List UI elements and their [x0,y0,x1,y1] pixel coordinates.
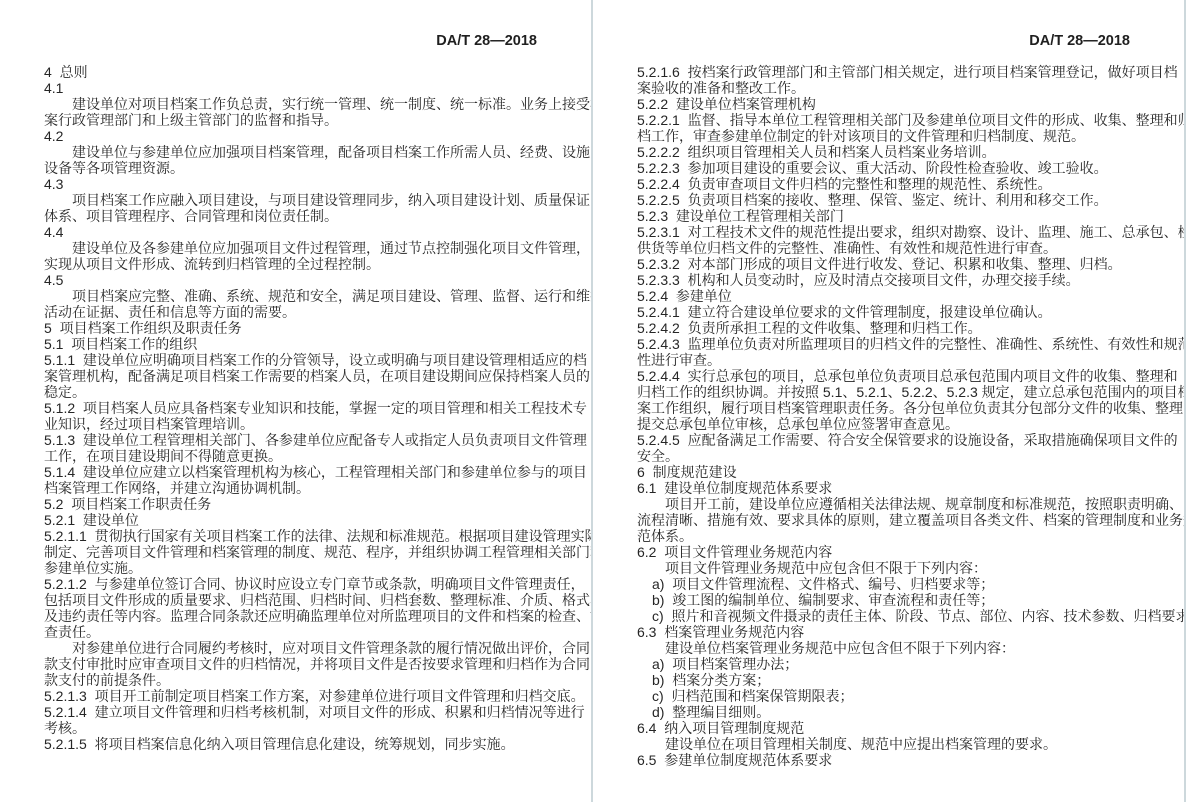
text-line: 5.2.2.4 负责审查项目文件归档的完整性和整理的规范性、系统性。 [637,176,1130,192]
text-line: 5.2.2.1 监督、指导本单位工程管理相关部门及参建单位项目文件的形成、收集、… [637,112,1130,128]
text-line: 档工作，审查参建单位制定的针对该项目的文件管理和归档制度、规范。 [637,128,1130,144]
text-line: 5.2.2.2 组织项目管理相关人员和档案人员档案业务培训。 [637,144,1130,160]
text-line: 5.2.4.4 实行总承包的项目，总承包单位负责项目总承包范围内项目文件的收集、… [637,368,1130,384]
text-line: 包括项目文件形成的质量要求、归档范围、归档时间、归档套数、整理标准、介质、格式、… [44,592,537,608]
text-line: 范体系。 [637,528,1130,544]
text-line: 提交总承包单位审核，总承包单位应签署审查意见。 [637,416,1130,432]
text-line: 5.2.1.1 贯彻执行国家有关项目档案工作的法律、法规和标准规范。根据项目建设… [44,528,537,544]
text-line: 5.2.1.6 按档案行政管理部门和主管部门相关规定，进行项目档案管理登记，做好… [637,64,1130,80]
text-line: 安全。 [637,448,1130,464]
text-line: 5.2.2 建设单位档案管理机构 [637,96,1130,112]
text-line: 参建单位实施。 [44,560,537,576]
text-line: 5.2.3.1 对工程技术文件的规范性提出要求，组织对勘察、设计、监理、施工、总… [637,224,1130,240]
page-header-standard-code: DA/T 28—2018 [637,33,1130,49]
text-line: 考核。 [44,720,537,736]
text-line: 5.2.4.5 应配备满足工作需要、符合安全保管要求的设施设备，采取措施确保项目… [637,432,1130,448]
text-line: 供货等单位归档文件的完整性、准确性、有效性和规范性进行审查。 [637,240,1130,256]
text-line: 6.4 纳入项目管理制度规范 [637,720,1130,736]
text-line: 建设单位档案管理业务规范中应包含但不限于下列内容： [637,640,1130,656]
text-line: 项目档案工作应融入项目建设，与项目建设管理同步，纳入项目建设计划、质量保证 [44,192,537,208]
text-line: 5.2.1.5 将项目档案信息化纳入项目管理信息化建设，统筹规划，同步实施。 [44,736,537,752]
text-line: a) 项目文件管理流程、文件格式、编号、归档要求等； [637,576,1130,592]
text-line: 案工作组织，履行项目档案管理职责任务。各分包单位负责其分包部分文件的收集、整理， [637,400,1130,416]
text-line: 6.3 档案管理业务规范内容 [637,624,1130,640]
text-line: 建设单位与参建单位应加强项目档案管理，配备项目档案工作所需人员、经费、设施 [44,144,537,160]
text-line: 案验收的准备和整改工作。 [637,80,1130,96]
text-line: 5.2.3 建设单位工程管理相关部门 [637,208,1130,224]
text-line: 5 项目档案工作组织及职责任务 [44,320,537,336]
text-line: 体系、项目管理程序、合同管理和岗位责任制。 [44,208,537,224]
text-line: 5.1.2 项目档案人员应具备档案专业知识和技能，掌握一定的项目管理和相关工程技… [44,400,537,416]
text-line: 5.1.4 建设单位应建立以档案管理机构为核心，工程管理相关部门和参建单位参与的… [44,464,537,480]
text-line: 6.5 参建单位制度规范体系要求 [637,752,1130,768]
text-line: 工作，在项目建设期间不得随意更换。 [44,448,537,464]
text-line: 制定、完善项目文件管理和档案管理的制度、规范、程序，并组织协调工程管理相关部门和 [44,544,537,560]
text-line: 5.2.3.2 对本部门形成的项目文件进行收发、登记、积累和收集、整理、归档。 [637,256,1130,272]
text-line: d) 整理编目细则。 [637,704,1130,720]
text-line: 5.2.1.3 项目开工前制定项目档案工作方案，对参建单位进行项目文件管理和归档… [44,688,537,704]
text-line: 5.2.3.3 机构和人员变动时，应及时清点交接项目文件，办理交接手续。 [637,272,1130,288]
text-line: 5.2.2.5 负责项目档案的接收、整理、保管、鉴定、统计、利用和移交工作。 [637,192,1130,208]
page-left: DA/T 28—2018 4 总则4.1建设单位对项目档案工作负总责，实行统一管… [0,0,593,802]
text-line: 对参建单位进行合同履约考核时，应对项目文件管理条款的履行情况做出评价，合同 [44,640,537,656]
text-line: 5.1.3 建设单位工程管理相关部门、各参建单位应配备专人或指定人员负责项目文件… [44,432,537,448]
text-line: 5.2.1.2 与参建单位签订合同、协议时应设立专门章节或条款，明确项目文件管理… [44,576,537,592]
text-line: c) 照片和音视频文件摄录的责任主体、阶段、节点、部位、内容、技术参数、归档要求… [637,608,1130,624]
text-line: 款支付的前提条件。 [44,672,537,688]
text-line: 5.2.4.2 负责所承担工程的文件收集、整理和归档工作。 [637,320,1130,336]
text-line: 案行政管理部门和上级主管部门的监督和指导。 [44,112,537,128]
text-line: 案管理机构，配备满足项目档案工作需要的档案人员，在项目建设期间应保持档案人员的 [44,368,537,384]
text-line: 5.2.4 参建单位 [637,288,1130,304]
text-line: 4 总则 [44,64,537,80]
page-body: 4 总则4.1建设单位对项目档案工作负总责，实行统一管理、统一制度、统一标准。业… [44,64,537,752]
text-line: 5.1.1 建设单位应明确项目档案工作的分管领导，设立或明确与项目建设管理相适应… [44,352,537,368]
text-line: 5.2.4.1 建立符合建设单位要求的文件管理制度，报建设单位确认。 [637,304,1130,320]
text-line: 5.1 项目档案工作的组织 [44,336,537,352]
text-line: 6.1 建设单位制度规范体系要求 [637,480,1130,496]
text-line: 建设单位在项目管理相关制度、规范中应提出档案管理的要求。 [637,736,1130,752]
text-line: 4.2 [44,128,537,144]
text-line: 6.2 项目文件管理业务规范内容 [637,544,1130,560]
text-line: 设备等各项管理资源。 [44,160,537,176]
text-line: 性进行审查。 [637,352,1130,368]
text-line: 项目文件管理业务规范中应包含但不限于下列内容： [637,560,1130,576]
text-line: c) 归档范围和档案保管期限表； [637,688,1130,704]
text-line: 4.3 [44,176,537,192]
page-right: DA/T 28—2018 5.2.1.6 按档案行政管理部门和主管部门相关规定，… [593,0,1186,802]
text-line: 及违约责任等内容。监理合同条款还应明确监理单位对所监理项目的文件和档案的检查、审 [44,608,537,624]
text-line: 4.1 [44,80,537,96]
text-line: 流程清晰、措施有效、要求具体的原则，建立覆盖项目各类文件、档案的管理制度和业务规 [637,512,1130,528]
text-line: 实现从项目文件形成、流转到归档管理的全过程控制。 [44,256,537,272]
text-line: 5.2.1.4 建立项目文件管理和归档考核机制，对项目文件的形成、积累和归档情况… [44,704,537,720]
text-line: 活动在证据、责任和信息等方面的需要。 [44,304,537,320]
text-line: 5.2 项目档案工作职责任务 [44,496,537,512]
text-line: 稳定。 [44,384,537,400]
text-line: 档案管理工作网络，并建立沟通协调机制。 [44,480,537,496]
text-line: a) 项目档案管理办法； [637,656,1130,672]
text-line: 6 制度规范建设 [637,464,1130,480]
text-line: b) 竣工图的编制单位、编制要求、审查流程和责任等； [637,592,1130,608]
text-line: 5.2.1 建设单位 [44,512,537,528]
text-line: 5.2.4.3 监理单位负责对所监理项目的归档文件的完整性、准确性、系统性、有效… [637,336,1130,352]
page-body: 5.2.1.6 按档案行政管理部门和主管部门相关规定，进行项目档案管理登记，做好… [637,64,1130,768]
text-line: 建设单位对项目档案工作负总责，实行统一管理、统一制度、统一标准。业务上接受档 [44,96,537,112]
text-line: b) 档案分类方案； [637,672,1130,688]
page-header-standard-code: DA/T 28—2018 [44,33,537,49]
text-line: 5.2.2.3 参加项目建设的重要会议、重大活动、阶段性检查验收、竣工验收。 [637,160,1130,176]
text-line: 4.4 [44,224,537,240]
text-line: 归档工作的组织协调。并按照 5.1、5.2.1、5.2.2、5.2.3 规定，建… [637,384,1130,400]
document-viewer[interactable]: DA/T 28—2018 4 总则4.1建设单位对项目档案工作负总责，实行统一管… [0,0,1186,802]
text-line: 业知识，经过项目档案管理培训。 [44,416,537,432]
text-line: 建设单位及各参建单位应加强项目文件过程管理，通过节点控制强化项目文件管理， [44,240,537,256]
text-line: 查责任。 [44,624,537,640]
text-line: 项目档案应完整、准确、系统、规范和安全，满足项目建设、管理、监督、运行和维护等 [44,288,537,304]
text-line: 项目开工前，建设单位应遵循相关法律法规、规章制度和标准规范，按照职责明确、 [637,496,1130,512]
text-line: 4.5 [44,272,537,288]
text-line: 款支付审批时应审查项目文件的归档情况，并将项目文件是否按要求管理和归档作为合同 [44,656,537,672]
